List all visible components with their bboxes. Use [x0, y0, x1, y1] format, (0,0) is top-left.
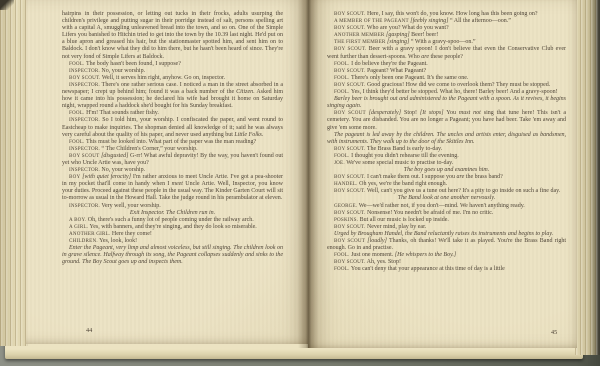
- stage-direction: Enter the Pageant, very limp and almost …: [62, 245, 283, 266]
- speaker-name: Another Member: [334, 32, 384, 38]
- play-speech-line: Boy Scout. Never mind, play by ear.: [327, 224, 566, 231]
- play-speech-line: A Boy. Oh, there's such a funny lot of p…: [62, 217, 283, 224]
- speaker-name: Inspector.: [69, 82, 100, 88]
- play-speech-line: Inspector. No, your worship.: [62, 68, 283, 75]
- prose-paragraph: hairpins in their possession, or letting…: [62, 11, 283, 61]
- play-speech-line: Boy Scout. Pageant? What Pageant?: [327, 68, 566, 75]
- play-speech-line: A Girl. Yes, with banners, and they're s…: [62, 224, 283, 231]
- speaker-name: Fool.: [334, 89, 350, 95]
- play-speech-line: Children. Yes, look, look!: [62, 238, 283, 245]
- play-speech-line: Boy Scout [disgusted] G-rr! What awful d…: [62, 153, 283, 167]
- play-speech-line: George. We—we'd rather not, if you don't…: [327, 203, 566, 210]
- book-fore-edge-right: [575, 0, 600, 355]
- speaker-name: Inspector.: [69, 203, 100, 209]
- play-speech-line: Fool. Yes, I think they'd better be stop…: [327, 89, 566, 96]
- play-speech-line: Fool. You can't deny that your appearanc…: [327, 266, 566, 273]
- speaker-name: Fool.: [334, 266, 350, 272]
- speaker-name: Boy: [69, 174, 80, 180]
- speaker-name: Boy Scout.: [334, 82, 365, 88]
- speaker-name: The First Member: [334, 39, 386, 45]
- play-speech-line: Boy Scout. Who are you? What do you want…: [327, 25, 566, 32]
- speaker-name: Poskins.: [334, 217, 358, 223]
- speaker-name: Boy Scout.: [334, 46, 366, 52]
- speaker-name: Boy Scout.: [334, 11, 365, 17]
- play-speech-line: Boy Scout. Well, it serves him right, an…: [62, 75, 283, 82]
- page-number-left: 44: [86, 327, 92, 334]
- right-page-text: Boy Scout. Here, I say, this won't do, y…: [327, 11, 566, 273]
- speaker-name: Boy Scout.: [334, 224, 365, 230]
- stage-direction: The boy goes up and examines him.: [327, 167, 566, 174]
- speaker-name: A Member of the Pageant: [334, 18, 409, 24]
- speaker-name: Boy Scout: [334, 238, 365, 244]
- play-speech-line: Boy Scout. Nonsense! You needn't be afra…: [327, 210, 566, 217]
- speaker-name: Fool.: [69, 110, 85, 116]
- play-speech-line: A Member of the Pageant [feebly singing]…: [327, 18, 566, 25]
- speaker-name: Fool.: [69, 61, 85, 67]
- speaker-name: Children.: [69, 238, 98, 244]
- open-book-photo: hairpins in their possession, or letting…: [0, 0, 600, 366]
- play-speech-line: Fool. I thought you didn't rehearse till…: [327, 153, 566, 160]
- speaker-name: Boy Scout.: [334, 146, 365, 152]
- speaker-name: Boy Scout.: [69, 75, 100, 81]
- speaker-name: Inspector.: [69, 117, 100, 123]
- left-page-text: hairpins in their possession, or letting…: [62, 11, 283, 266]
- play-speech-line: Boy Scout. Good gracious! How did we com…: [327, 82, 566, 89]
- play-speech-line: Poskins. But all our music is locked up …: [327, 217, 566, 224]
- stage-direction: The Band look at one another nervously.: [327, 195, 566, 202]
- play-speech-line: Fool. I do believe they're the Pageant.: [327, 61, 566, 68]
- play-speech-line: Fool. This must be looked into. What par…: [62, 139, 283, 146]
- speaker-name: Boy Scout: [69, 153, 99, 159]
- speaker-name: Inspector.: [69, 68, 100, 74]
- play-speech-line: Inspector. There's one rather serious ca…: [62, 82, 283, 110]
- speaker-name: Boy Scout.: [334, 174, 365, 180]
- play-speech-line: Boy [with quiet ferocity] I'm rather anx…: [62, 174, 283, 202]
- play-speech-line: Inspector. Very well, your worship.: [62, 203, 283, 210]
- speaker-name: Fool.: [334, 252, 350, 258]
- speaker-name: Boy Scout.: [334, 25, 365, 31]
- page-number-right: 45: [551, 329, 557, 336]
- play-speech-line: Boy Scout. Well, can't you give us a tun…: [327, 188, 566, 195]
- speaker-name: Fool.: [334, 75, 350, 81]
- speaker-name: Boy Scout.: [334, 259, 365, 265]
- play-speech-line: Fool. Just one moment. [He whispers to t…: [327, 252, 566, 259]
- play-speech-line: Joe. We've some special music to practis…: [327, 160, 566, 167]
- speaker-name: Fool.: [334, 153, 350, 159]
- speaker-name: Boy Scout.: [334, 188, 365, 194]
- speaker-name: A Boy.: [69, 217, 86, 223]
- play-speech-line: Inspector. So I told him, your worship. …: [62, 117, 283, 138]
- stage-direction: The pageant is led away by the children.…: [327, 132, 566, 146]
- speaker-name: Handel.: [334, 181, 358, 187]
- stage-direction: Urged by Brougham Handel, the Band reluc…: [327, 231, 566, 238]
- speaker-name: Boy Scout.: [334, 210, 365, 216]
- speaker-name: Inspector.: [69, 146, 100, 152]
- speaker-name: George.: [334, 203, 357, 209]
- speaker-name: Joe.: [334, 160, 345, 166]
- speaker-name: Fool.: [69, 139, 85, 145]
- play-speech-line: Boy Scout. Beer with a gravy spoon! I do…: [327, 46, 566, 60]
- play-speech-line: Boy Scout. The Brass Band is early to-da…: [327, 146, 566, 153]
- play-speech-line: Boy Scout. I can't make them out. I supp…: [327, 174, 566, 181]
- book-fore-edge-left: [0, 0, 28, 346]
- speaker-name: Fool.: [334, 61, 350, 67]
- play-speech-line: Boy Scout [loudly] Thanks, oh thanks! We…: [327, 238, 566, 252]
- speaker-name: Boy Scout.: [334, 68, 365, 74]
- stage-direction: Exit Inspector. The Children run in.: [62, 210, 283, 217]
- speaker-name: A Girl.: [69, 224, 88, 230]
- play-speech-line: Boy Scout [desperately] Stop! [It stops]…: [327, 110, 566, 131]
- play-speech-line: Inspector. “ The Children's Corner,” you…: [62, 146, 283, 153]
- play-speech-line: The First Member [singing] “ With a grav…: [327, 39, 566, 46]
- stage-direction: Barley beer is brought out and administe…: [327, 96, 566, 110]
- speaker-name: Boy Scout: [334, 110, 366, 116]
- play-speech-line: Fool. There's only been one Pageant. It'…: [327, 75, 566, 82]
- play-speech-line: Another Girl. Here they come!: [62, 231, 283, 238]
- speaker-name: Inspector.: [69, 167, 100, 173]
- speaker-name: Another Girl.: [69, 231, 110, 237]
- play-speech-line: Fool. The body hasn't been found, I supp…: [62, 61, 283, 68]
